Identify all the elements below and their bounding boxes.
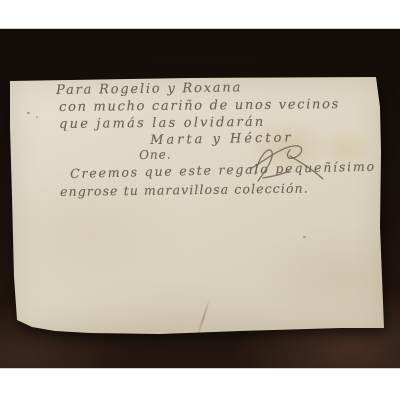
paper-speck bbox=[36, 116, 38, 118]
signature-scribble bbox=[243, 140, 328, 188]
note-line-abbreviation: One. bbox=[139, 147, 172, 162]
paper-speck bbox=[303, 236, 306, 238]
letterbox-top bbox=[0, 0, 400, 28]
letterbox-bottom bbox=[0, 369, 400, 400]
note-line-never-forget: que jamás las olvidarán bbox=[59, 115, 266, 132]
paper-speck bbox=[27, 112, 30, 114]
photo-of-handwritten-note: Para Rogelio y Roxana con mucho cariño d… bbox=[0, 0, 400, 400]
note-line-affection: con mucho cariño de unos vecinos bbox=[59, 97, 340, 115]
note-line-dedication: Para Rogelio y Roxana bbox=[56, 80, 242, 98]
